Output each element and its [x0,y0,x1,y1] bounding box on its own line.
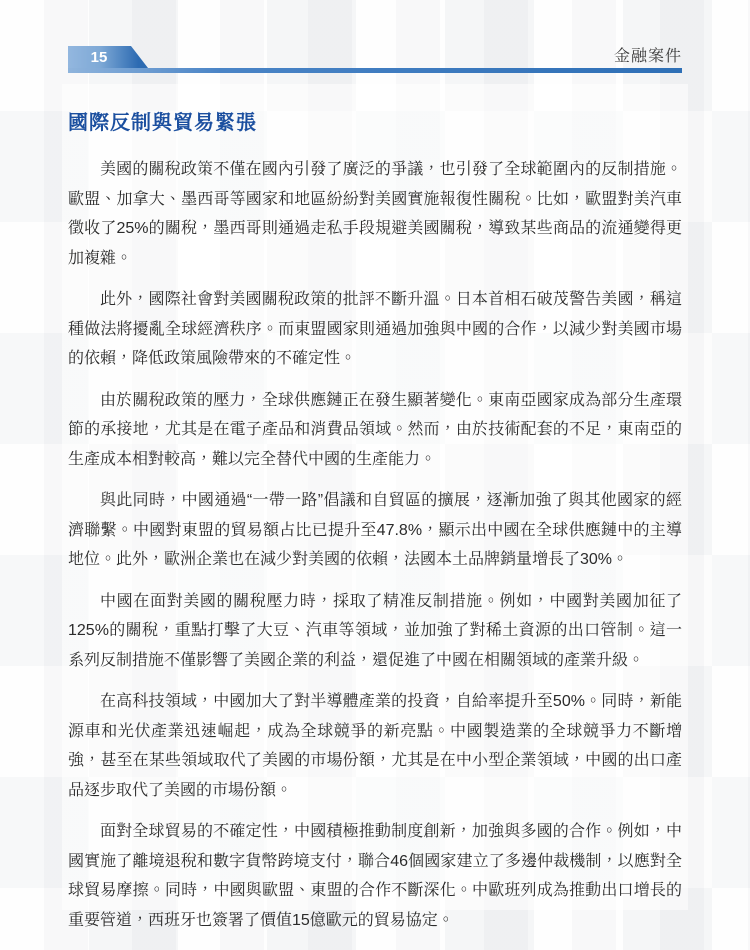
page-number: 15 [91,49,108,66]
paragraph-7: 面對全球貿易的不確定性，中國積極推動制度創新，加強與多國的合作。例如，中國實施了… [68,817,682,935]
paragraph-1: 美國的關稅政策不僅在國內引發了廣泛的爭議，也引發了全球範圍內的反制措施。歐盟、加… [68,155,682,273]
header-divider-rule [68,68,682,73]
page-header: 15 金融案件 [68,46,682,73]
paragraph-6: 在高科技領域，中國加大了對半導體產業的投資，自給率提升至50%。同時，新能源車和… [68,687,682,805]
document-page: 15 金融案件 國際反制與貿易緊張 美國的關稅政策不僅在國內引發了廣泛的爭議，也… [0,0,750,950]
page-number-badge: 15 [68,46,148,68]
article-body: 國際反制與貿易緊張 美國的關稅政策不僅在國內引發了廣泛的爭議，也引發了全球範圍內… [68,106,682,947]
paragraph-3: 由於關稅政策的壓力，全球供應鏈正在發生顯著變化。東南亞國家成為部分生產環節的承接… [68,386,682,475]
article-title: 國際反制與貿易緊張 [68,106,682,135]
header-section-label: 金融案件 [614,46,682,68]
paragraph-2: 此外，國際社會對美國關稅政策的批評不斷升溫。日本首相石破茂警告美國，稱這種做法將… [68,285,682,374]
paragraph-5: 中國在面對美國的關稅壓力時，採取了精准反制措施。例如，中國對美國加征了125%的… [68,587,682,676]
paragraph-4: 與此同時，中國通過“一帶一路”倡議和自貿區的擴展，逐漸加強了與其他國家的經濟聯繫… [68,486,682,575]
